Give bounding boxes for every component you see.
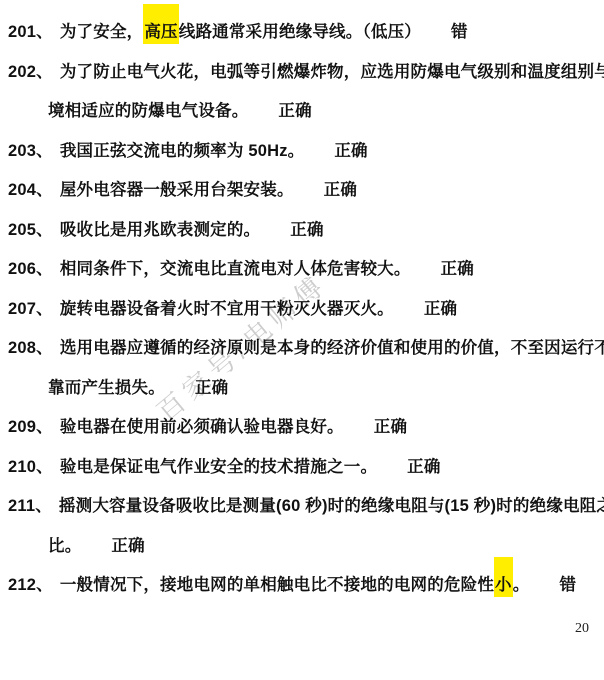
question-line: 比。正确 [0, 527, 604, 567]
question-line: 211、摇测大容量设备吸收比是测量(60 秒)时的绝缘电阻与(15 秒)时的绝缘… [0, 487, 604, 527]
question-text: 一般情况下，接地电网的单相触电比不接地的电网的危险性 [60, 576, 494, 594]
question-text: 靠而产生损失。 [48, 379, 165, 397]
question-number: 209、 [8, 418, 53, 436]
question-text: 吸收比是用兆欧表测定的。 [60, 221, 260, 239]
question-text: 境相适应的防爆电气设备。 [48, 102, 248, 120]
question-text: 我国正弦交流电的频率为 50Hz。 [60, 142, 305, 160]
question-text: 屋外电容器一般采用台架安装。 [60, 181, 294, 199]
page-number: 20 [575, 621, 589, 637]
question-text: 。 [513, 576, 530, 594]
question-text: 验电器在使用前必须确认验电器良好。 [60, 418, 344, 436]
document-page: 百家号/电师傅 201、为了安全，高压线路通常采用绝缘导线。（低压）错202、为… [0, 0, 604, 680]
question-line: 207、旋转电器设备着火时不宜用干粉灭火器灭火。正确 [0, 290, 604, 330]
answer-text: 错 [451, 23, 468, 41]
question-line: 206、相同条件下，交流电比直流电对人体危害较大。正确 [0, 250, 604, 290]
highlighted-text: 高压 [143, 4, 178, 44]
question-text: 选用电器应遵循的经济原则是本身的经济价值和使用的价值，不至因运行不可 [60, 339, 604, 357]
question-list: 201、为了安全，高压线路通常采用绝缘导线。（低压）错202、为了防止电气火花，… [0, 13, 604, 606]
question-line: 212、一般情况下，接地电网的单相触电比不接地的电网的危险性小。错（大） [0, 566, 604, 606]
answer-text: 正确 [424, 300, 457, 318]
answer-text: 正确 [278, 102, 311, 120]
question-text: 摇测大容量设备吸收比是测量(60 秒)时的绝缘电阻与(15 秒)时的绝缘电阻之 [59, 497, 604, 515]
question-line: 205、吸收比是用兆欧表测定的。正确 [0, 211, 604, 251]
answer-text: 正确 [195, 379, 228, 397]
question-number: 210、 [8, 458, 53, 476]
question-line: 204、屋外电容器一般采用台架安装。正确 [0, 171, 604, 211]
question-number: 205、 [8, 221, 53, 239]
question-text: 线路通常采用绝缘导线。（低压） [179, 23, 421, 41]
question-line: 203、我国正弦交流电的频率为 50Hz。正确 [0, 132, 604, 172]
answer-text: 正确 [290, 221, 323, 239]
question-text: 比。 [48, 537, 81, 555]
question-text: 为了防止电气火花，电弧等引燃爆炸物，应选用防爆电气级别和温度组别与环 [60, 63, 604, 81]
answer-note: （大） [598, 576, 604, 594]
question-line: 210、验电是保证电气作业安全的技术措施之一。正确 [0, 448, 604, 488]
question-text: 为了安全， [60, 23, 144, 41]
question-line: 靠而产生损失。正确 [0, 369, 604, 409]
answer-text: 正确 [374, 418, 407, 436]
question-number: 203、 [8, 142, 53, 160]
question-text: 旋转电器设备着火时不宜用干粉灭火器灭火。 [60, 300, 394, 318]
question-text: 相同条件下，交流电比直流电对人体危害较大。 [60, 260, 411, 278]
answer-text: 正确 [441, 260, 474, 278]
question-line: 境相适应的防爆电气设备。正确 [0, 92, 604, 132]
question-line: 202、为了防止电气火花，电弧等引燃爆炸物，应选用防爆电气级别和温度组别与环 [0, 53, 604, 93]
question-number: 201、 [8, 23, 53, 41]
question-number: 202、 [8, 63, 53, 81]
question-number: 208、 [8, 339, 53, 357]
answer-text: 错 [559, 576, 576, 594]
answer-text: 正确 [111, 537, 144, 555]
answer-text: 正确 [334, 142, 367, 160]
question-number: 204、 [8, 181, 53, 199]
question-number: 207、 [8, 300, 53, 318]
question-line: 209、验电器在使用前必须确认验电器良好。正确 [0, 408, 604, 448]
question-number: 206、 [8, 260, 53, 278]
highlighted-text: 小 [494, 557, 513, 597]
question-line: 208、选用电器应遵循的经济原则是本身的经济价值和使用的价值，不至因运行不可 [0, 329, 604, 369]
question-number: 212、 [8, 576, 53, 594]
answer-text: 正确 [324, 181, 357, 199]
question-number: 211、 [8, 497, 52, 515]
answer-text: 正确 [407, 458, 440, 476]
question-text: 验电是保证电气作业安全的技术措施之一。 [60, 458, 377, 476]
question-line: 201、为了安全，高压线路通常采用绝缘导线。（低压）错 [0, 13, 604, 53]
